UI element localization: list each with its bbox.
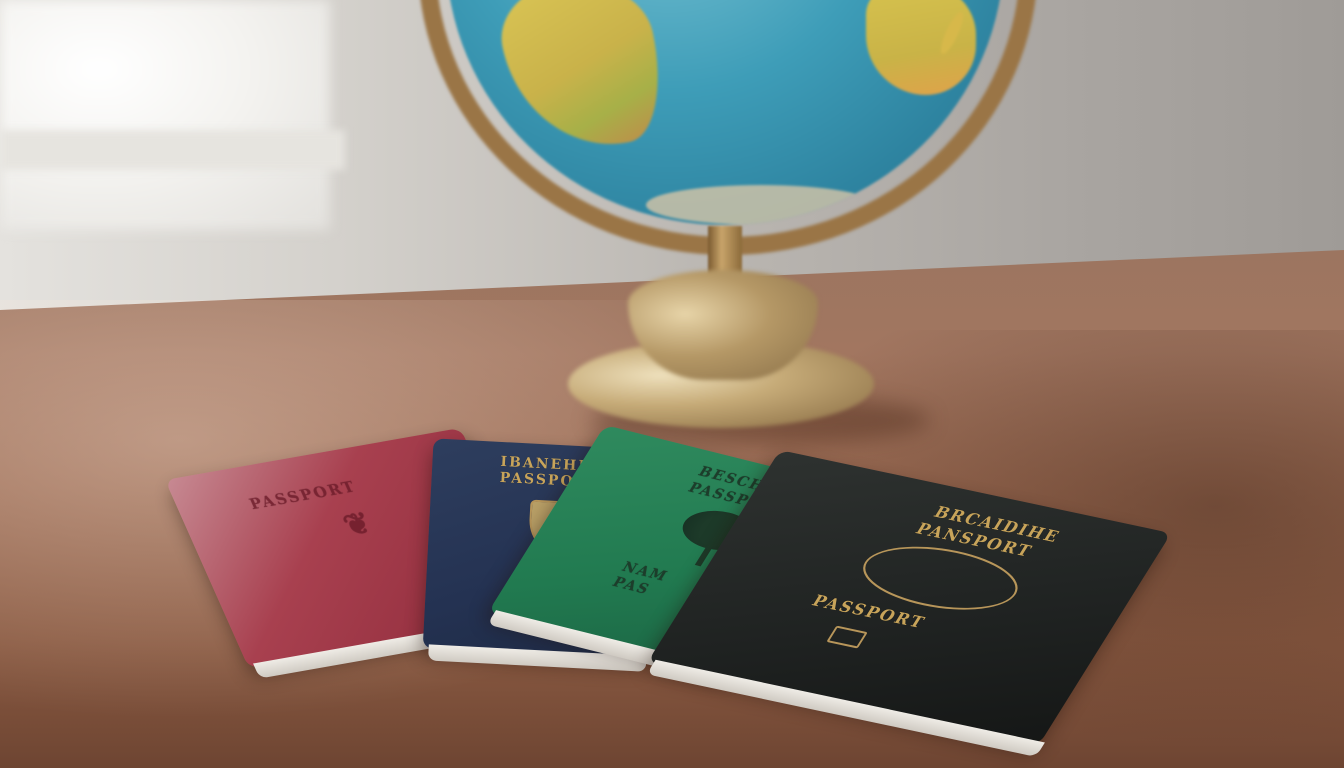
window-light xyxy=(0,0,330,230)
eagle-icon: ❦ xyxy=(338,506,379,544)
window-sill xyxy=(0,130,345,170)
passport-title: PASSPORT xyxy=(247,478,360,514)
biometric-chip-icon xyxy=(826,626,867,649)
photo-scene: PASSPORT ❦ IBANEHINE PASSPORT NAM PA BES… xyxy=(0,0,1344,768)
